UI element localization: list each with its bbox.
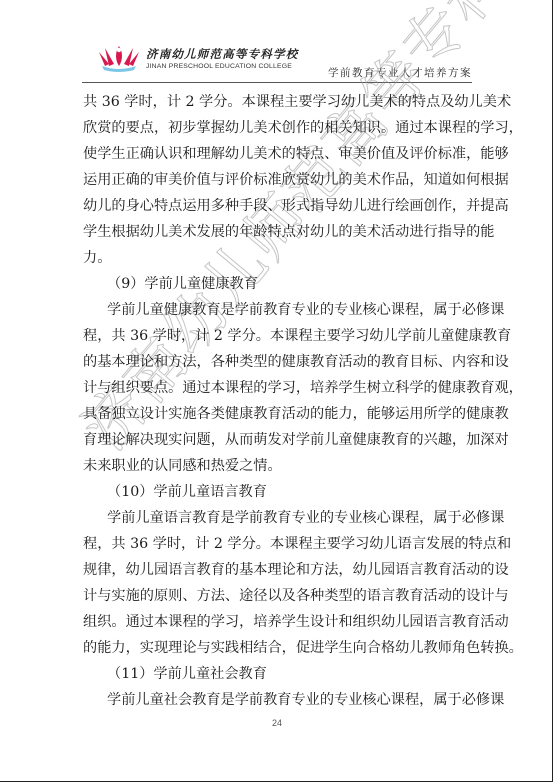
document-title: 学前教育专业人才培养方案: [328, 65, 472, 80]
text-line: 力。: [83, 245, 471, 271]
text-line: 共 36 学时，计 2 学分。本课程主要学习幼儿美术的特点及幼儿美术: [83, 89, 471, 115]
text-line: 具备独立设计实施各类健康教育活动的能力，能够运用所学的健康教: [83, 401, 471, 427]
text-line: 的能力，实现理论与实践相结合，促进学生向合格幼儿教师角色转换。: [83, 635, 471, 661]
text-line: 规律，幼儿园语言教育的基本理论和方法，幼儿园语言教育活动的设: [83, 557, 471, 583]
text-line: 的基本理论和方法，各种类型的健康教育活动的教育目标、内容和设: [83, 349, 471, 375]
text-line: 程，共 36 学时，计 2 学分。本课程主要学习幼儿语言发展的特点和: [83, 531, 471, 557]
section-heading: （10）学前儿童语言教育: [83, 479, 471, 505]
text-line: 学生根据幼儿美术发展的年龄特点对幼儿的美术活动进行指导的能: [83, 219, 471, 245]
school-name-cn: 济南幼儿师范高等专科学校: [146, 46, 298, 62]
school-name-en: JINAN PRESCHOOL EDUCATION COLLEGE: [146, 63, 292, 70]
document-body: 共 36 学时，计 2 学分。本课程主要学习幼儿美术的特点及幼儿美术 欣赏的要点…: [83, 89, 471, 713]
header-divider: [82, 82, 472, 83]
section-heading: （9）学前儿童健康教育: [83, 271, 471, 297]
text-line: 学前儿童社会教育是学前教育专业的专业核心课程，属于必修课: [83, 687, 471, 713]
text-line: 未来职业的认同感和热爱之情。: [83, 453, 471, 479]
text-line: 学前儿童语言教育是学前教育专业的专业核心课程，属于必修课: [83, 505, 471, 531]
text-line: 欣赏的要点，初步掌握幼儿美术创作的相关知识。通过本课程的学习，: [83, 115, 471, 141]
section-heading: （11）学前儿童社会教育: [83, 661, 471, 687]
school-logo-icon: [97, 44, 141, 74]
text-line: 程，共 36 学时，计 2 学分。本课程主要学习幼儿学前儿童健康教育: [83, 323, 471, 349]
text-line: 育理论解决现实问题，从而萌发对学前儿童健康教育的兴趣，加深对: [83, 427, 471, 453]
text-line: 计与组织要点。通过本课程的学习，培养学生树立科学的健康教育观，: [83, 375, 471, 401]
text-line: 使学生正确认识和理解幼儿美术的特点、审美价值及评价标准，能够: [83, 141, 471, 167]
text-line: 计与实施的原则、方法、途径以及各种类型的语言教育活动的设计与: [83, 583, 471, 609]
page-number: 24: [0, 718, 554, 728]
text-line: 学前儿童健康教育是学前教育专业的专业核心课程，属于必修课: [83, 297, 471, 323]
text-line: 运用正确的审美价值与评价标准欣赏幼儿的美术作品，知道如何根据: [83, 167, 471, 193]
text-line: 幼儿的身心特点运用多种手段、形式指导幼儿进行绘画创作，并提高: [83, 193, 471, 219]
text-line: 组织。通过本课程的学习，培养学生设计和组织幼儿园语言教育活动: [83, 609, 471, 635]
page-header: 济南幼儿师范高等专科学校 JINAN PRESCHOOL EDUCATION C…: [82, 40, 472, 83]
